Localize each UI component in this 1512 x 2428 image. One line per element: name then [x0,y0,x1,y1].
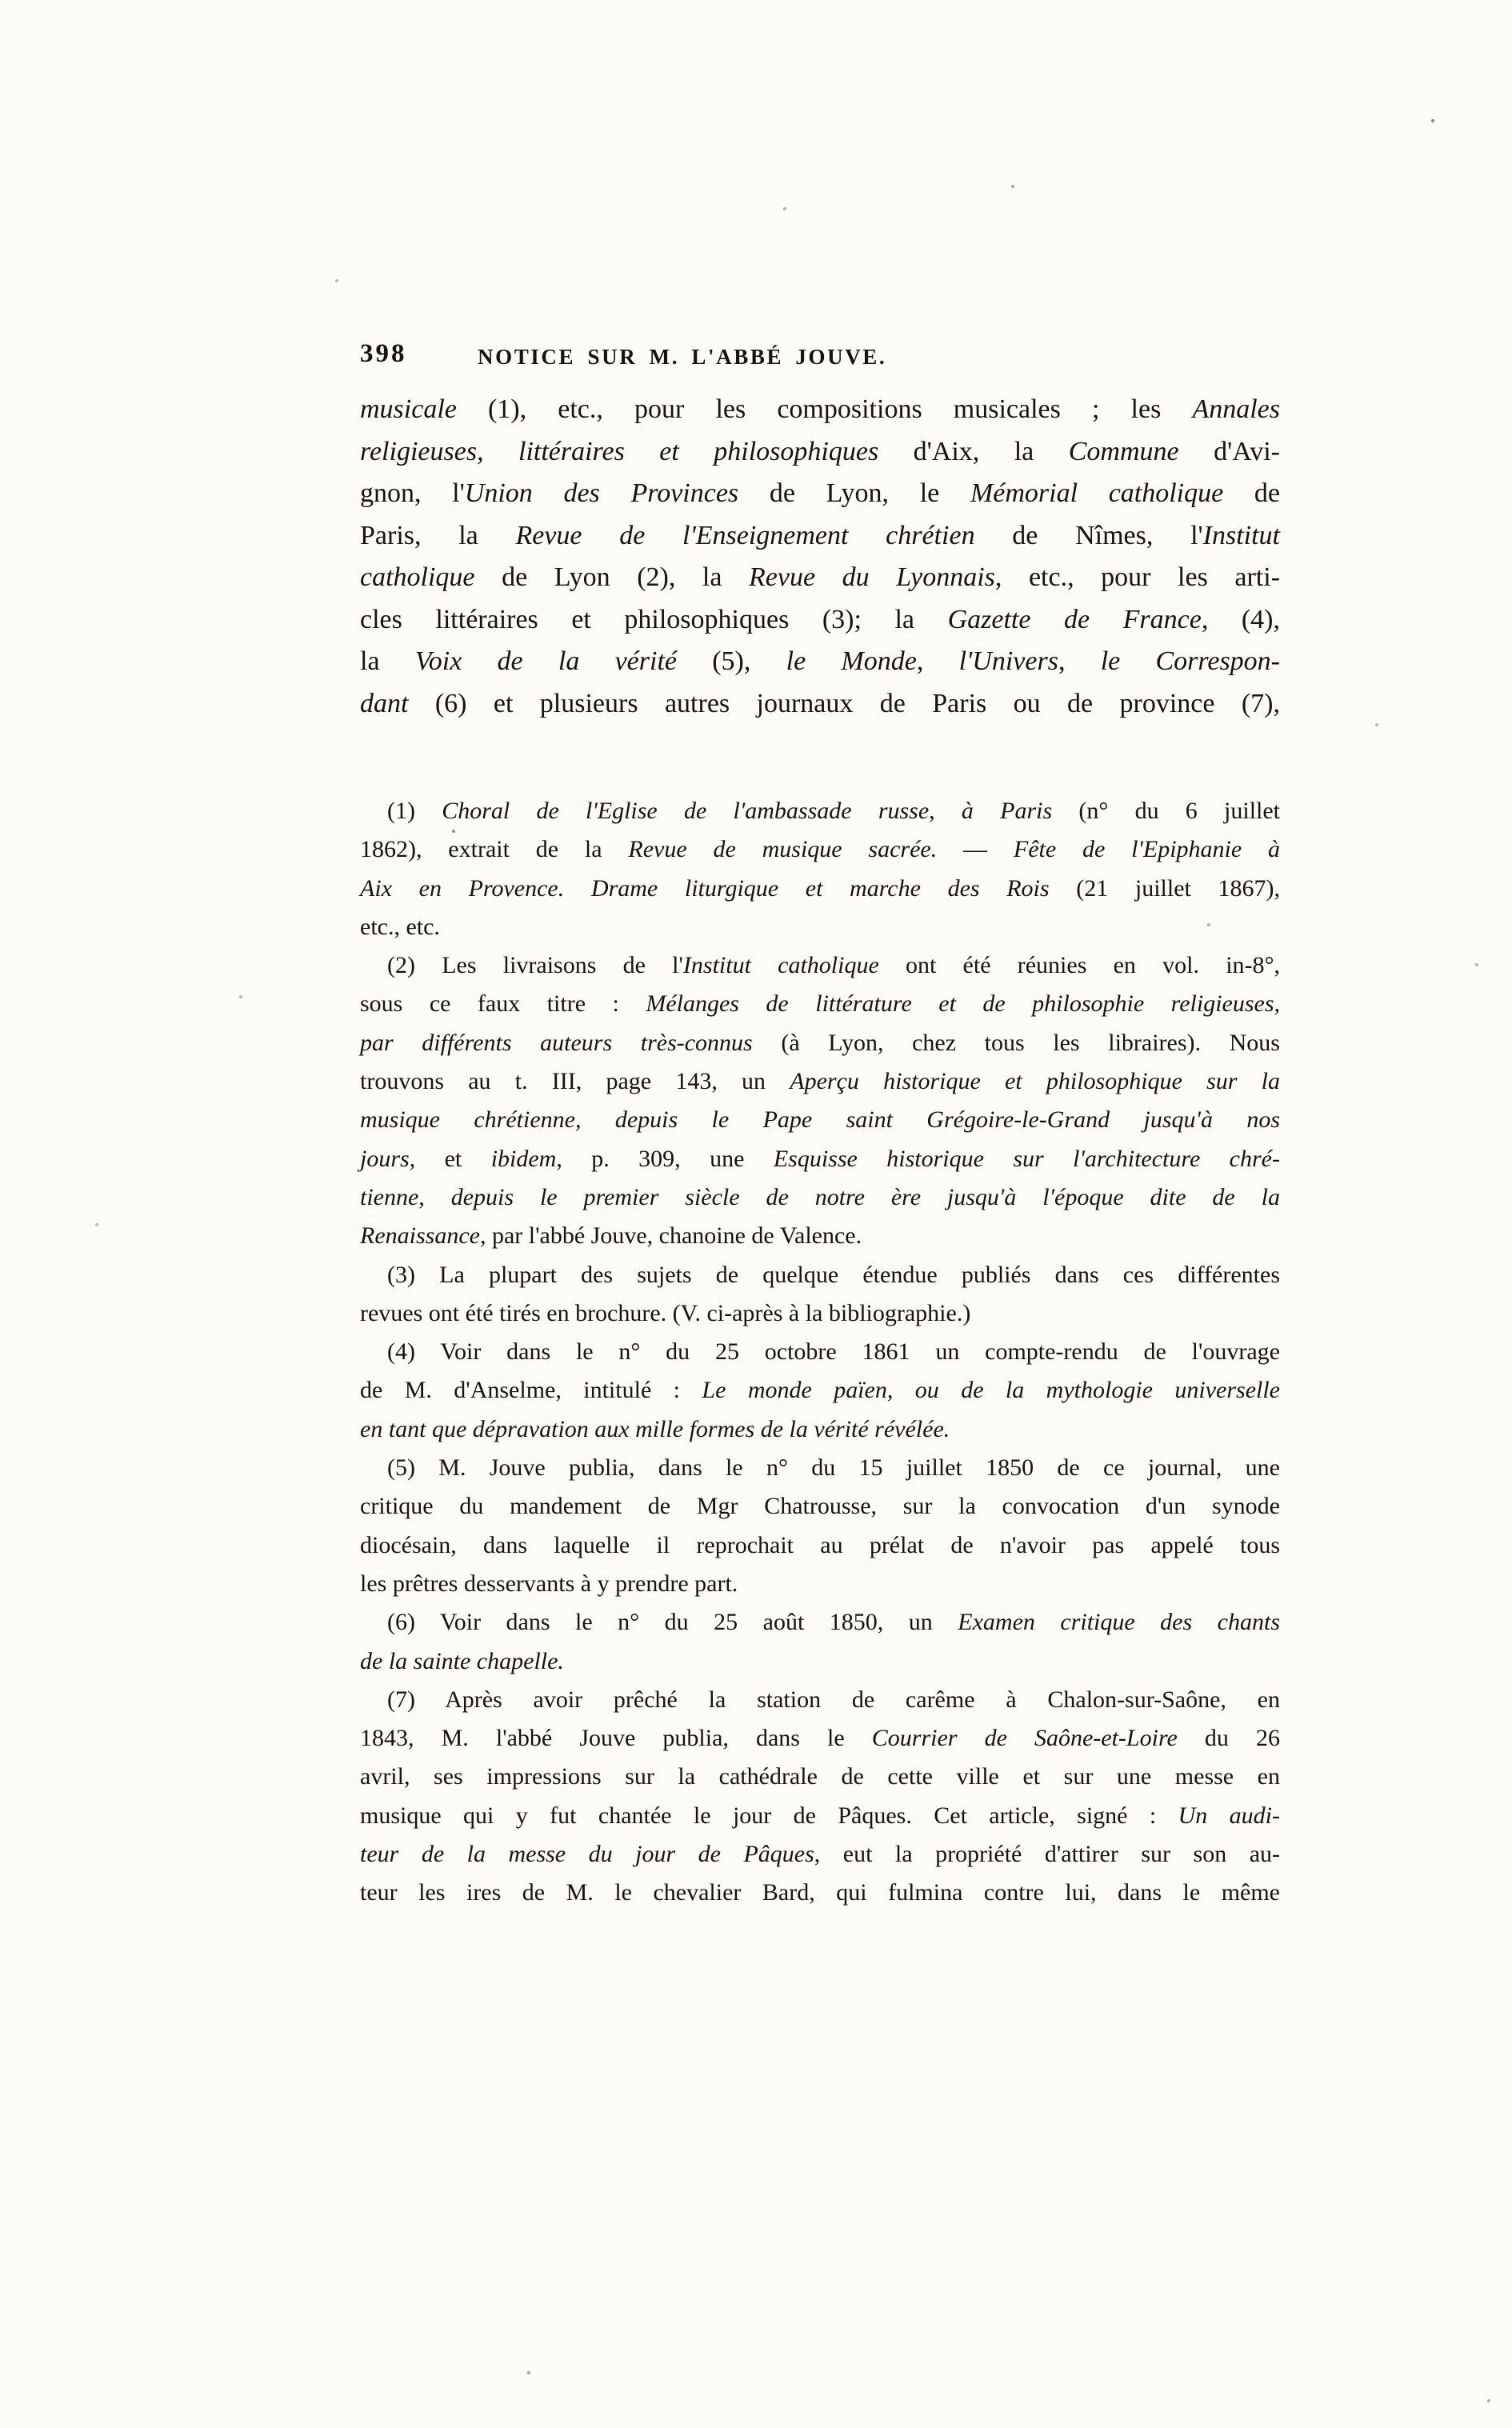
text-line: (3) La plupart des sujets de quelque éte… [360,1256,1280,1294]
scan-noise [0,0,2,2]
text-run: , eut la propriété d'attirer sur son au- [814,1841,1280,1867]
italic-text-run: Revue de l'Enseignement chrétien [515,521,974,550]
text-run: revues ont été tirés en brochure. (V. ci… [360,1300,970,1326]
text-run: de Nîmes, l' [975,521,1203,550]
text-line: jours, et ibidem, p. 309, une Esquisse h… [360,1140,1280,1178]
text-line: en tant que dépravation aux mille formes… [360,1410,1280,1449]
footnote-5: (5) M. Jouve publia, dans le n° du 15 ju… [360,1449,1280,1603]
text-run: (3) La plupart des sujets de quelque éte… [387,1262,1280,1288]
text-line: catholique de Lyon (2), la Revue du Lyon… [360,557,1280,599]
text-line: Renaissance, par l'abbé Jouve, chanoine … [360,1217,1280,1255]
italic-text-run: Revue de musique sacrée. [628,836,937,862]
italic-text-run: Renaissance [360,1222,480,1249]
text-run: la [360,646,415,676]
italic-text-run: Aix en Provence. Drame liturgique et mar… [360,875,1050,902]
text-run: d'Avi- [1179,437,1280,466]
italic-text-run: Revue du Lyonnais [749,562,995,592]
text-line: etc., etc. [360,908,1280,946]
text-run: du 26 [1178,1725,1280,1751]
italic-text-run: Aperçu historique et philosophique sur l… [790,1068,1280,1094]
italic-text-run: religieuses, littéraires et philosophiqu… [360,437,878,466]
text-line: (5) M. Jouve publia, dans le n° du 15 ju… [360,1449,1280,1487]
text-line: la Voix de la vérité (5), le Monde, l'Un… [360,641,1280,683]
footnote-2: (2) Les livraisons de l'Institut catholi… [360,946,1280,1255]
page-header: 398 NOTICE SUR M. L'ABBÉ JOUVE. [360,339,1280,390]
italic-text-run: le Monde [786,646,917,676]
footnotes-section: (1) Choral de l'Eglise de l'ambassade ru… [360,792,1280,1913]
italic-text-run: Courrier de Saône-et-Loire [872,1725,1178,1751]
italic-text-run: dant [360,689,408,718]
italic-text-run: Institut catholique [683,952,879,978]
italic-text-run: le Correspon- [1101,646,1280,676]
italic-text-run: tienne, depuis le premier siècle de notr… [360,1184,1280,1210]
text-run: (1) [387,798,442,824]
text-line: (2) Les livraisons de l'Institut catholi… [360,946,1280,985]
text-run: 1862), extrait de la [360,836,628,862]
italic-text-run: musicale [360,394,457,424]
text-run: critique du mandement de Mgr Chatrousse,… [360,1493,1280,1519]
text-run: sous ce faux titre : [360,990,646,1017]
text-run: Paris, la [360,521,515,550]
text-run: , par l'abbé Jouve, chanoine de Valence. [480,1222,862,1249]
text-run: (n° du 6 juillet [1052,798,1280,824]
text-run: etc., etc. [360,914,440,940]
text-line: revues ont été tirés en brochure. (V. ci… [360,1294,1280,1333]
text-run: (21 juillet 1867), [1050,875,1280,902]
italic-text-run: musique chrétienne, depuis le Pape saint… [360,1106,1280,1133]
text-run: les prêtres desservants à y prendre part… [360,1570,738,1597]
italic-text-run: Institut [1203,521,1280,550]
italic-text-run: Voix de la vérité [415,646,677,676]
italic-text-run: Gazette de France [948,605,1202,634]
text-run: gnon, l' [360,478,465,508]
text-run: , etc., pour les arti- [995,562,1280,592]
italic-text-run: par différents auteurs très-connus [360,1030,753,1056]
italic-text-run: Esquisse historique sur l'architecture c… [774,1146,1280,1172]
italic-text-run: jours, [360,1146,415,1172]
text-run: 1843, M. l'abbé Jouve publia, dans le [360,1725,872,1751]
italic-text-run: l'Univers [959,646,1058,676]
text-run: , [929,798,962,824]
text-run: — [937,836,1014,862]
text-line: tienne, depuis le premier siècle de notr… [360,1178,1280,1217]
text-run: diocésain, dans laquelle il reprochait a… [360,1532,1280,1558]
footnote-3: (3) La plupart des sujets de quelque éte… [360,1256,1280,1334]
text-line: Aix en Provence. Drame liturgique et mar… [360,870,1280,908]
text-line: teur de la messe du jour de Pâques, eut … [360,1835,1280,1874]
text-line: musique qui y fut chantée le jour de Pâq… [360,1797,1280,1835]
text-run: (5), [677,646,786,676]
text-run: (4) Voir dans le n° du 25 octobre 1861 u… [387,1338,1280,1365]
italic-text-run: Mémorial catholique [970,478,1223,508]
italic-text-run: Union des Provinces [465,478,738,508]
text-line: religieuses, littéraires et philosophiqu… [360,431,1280,474]
footnote-6: (6) Voir dans le n° du 25 août 1850, un … [360,1603,1280,1681]
text-line: trouvons au t. III, page 143, un Aperçu … [360,1062,1280,1101]
page-title: NOTICE SUR M. L'ABBÉ JOUVE. [478,345,886,370]
italic-text-run: catholique [360,562,475,592]
text-line: dant (6) et plusieurs autres journaux de… [360,683,1280,726]
text-run: de [1223,478,1280,508]
text-run: de M. d'Anselme, intitulé : [360,1377,702,1403]
italic-text-run: Le monde païen, ou de la mythologie univ… [702,1377,1280,1403]
text-line: critique du mandement de Mgr Chatrousse,… [360,1487,1280,1526]
text-run: (1), etc., pour les compositions musical… [457,394,1193,424]
text-line: (1) Choral de l'Eglise de l'ambassade ru… [360,792,1280,830]
text-line: 1843, M. l'abbé Jouve publia, dans le Co… [360,1719,1280,1758]
text-line: de M. d'Anselme, intitulé : Le monde paï… [360,1371,1280,1410]
italic-text-run: Annales [1192,394,1280,424]
text-line: gnon, l'Union des Provinces de Lyon, le … [360,473,1280,515]
text-run: , [917,646,959,676]
text-run: ont été réunies en vol. in-8°, [879,952,1280,978]
text-run: cles littéraires et philosophiques (3); … [360,605,948,634]
text-line: Paris, la Revue de l'Enseignement chréti… [360,515,1280,558]
text-line: (7) Après avoir prêché la station de car… [360,1681,1280,1719]
italic-text-run: Un audi- [1178,1802,1280,1829]
text-run: (5) M. Jouve publia, dans le n° du 15 ju… [387,1454,1280,1481]
text-run: (à Lyon, chez tous les libraires). Nous [753,1030,1280,1056]
italic-text-run: ibidem [491,1146,557,1172]
text-run: , [1058,646,1101,676]
text-line: les prêtres desservants à y prendre part… [360,1565,1280,1603]
text-run: (2) Les livraisons de l' [387,952,683,978]
text-run: trouvons au t. III, page 143, un [360,1068,790,1094]
footnote-7: (7) Après avoir prêché la station de car… [360,1681,1280,1913]
italic-text-run: à Paris [962,798,1052,824]
text-line: par différents auteurs très-connus (à Ly… [360,1024,1280,1062]
italic-text-run: Choral de l'Eglise de l'ambassade russe [442,798,929,824]
footnote-4: (4) Voir dans le n° du 25 octobre 1861 u… [360,1333,1280,1449]
italic-text-run: Mélanges de littérature et de philosophi… [646,990,1280,1017]
text-run: (6) Voir dans le n° du 25 août 1850, un [387,1609,958,1635]
text-line: cles littéraires et philosophiques (3); … [360,599,1280,642]
italic-text-run: Fête de l'Epiphanie à [1014,836,1280,862]
text-line: 1862), extrait de la Revue de musique sa… [360,830,1280,869]
text-run: musique qui y fut chantée le jour de Pâq… [360,1802,1178,1829]
italic-text-run: Commune [1069,437,1179,466]
text-line: teur les ires de M. le chevalier Bard, q… [360,1874,1280,1912]
text-run: de Lyon, le [738,478,970,508]
text-line: (6) Voir dans le n° du 25 août 1850, un … [360,1603,1280,1642]
text-run: de Lyon (2), la [475,562,750,592]
text-line: diocésain, dans laquelle il reprochait a… [360,1526,1280,1565]
text-line: (4) Voir dans le n° du 25 octobre 1861 u… [360,1333,1280,1371]
text-run: d'Aix, la [878,437,1069,466]
text-run: et [415,1146,491,1172]
italic-text-run: Examen critique des chants [958,1609,1280,1635]
italic-text-run: teur de la messe du jour de Pâques [360,1841,814,1867]
text-line: de la sainte chapelle. [360,1642,1280,1681]
footnote-1: (1) Choral de l'Eglise de l'ambassade ru… [360,792,1280,946]
text-run: avril, ses impressions sur la cathédrale… [360,1763,1280,1790]
italic-text-run: en tant que dépravation aux mille formes… [360,1416,950,1442]
scanned-book-page: 398 NOTICE SUR M. L'ABBÉ JOUVE. musicale… [0,0,1512,2428]
text-line: musique chrétienne, depuis le Pape saint… [360,1101,1280,1139]
text-run: , p. 309, une [556,1146,774,1172]
page-number: 398 [360,339,407,369]
italic-text-run: de la sainte chapelle. [360,1648,564,1674]
text-run: (7) Après avoir prêché la station de car… [387,1686,1280,1713]
text-line: sous ce faux titre : Mélanges de littéra… [360,985,1280,1023]
text-run: , (4), [1202,605,1280,634]
text-run: teur les ires de M. le chevalier Bard, q… [360,1879,1280,1906]
text-line: avril, ses impressions sur la cathédrale… [360,1758,1280,1796]
text-line: musicale (1), etc., pour les composition… [360,389,1280,431]
text-run: (6) et plusieurs autres journaux de Pari… [408,689,1280,718]
body-paragraph: musicale (1), etc., pour les composition… [360,389,1280,725]
